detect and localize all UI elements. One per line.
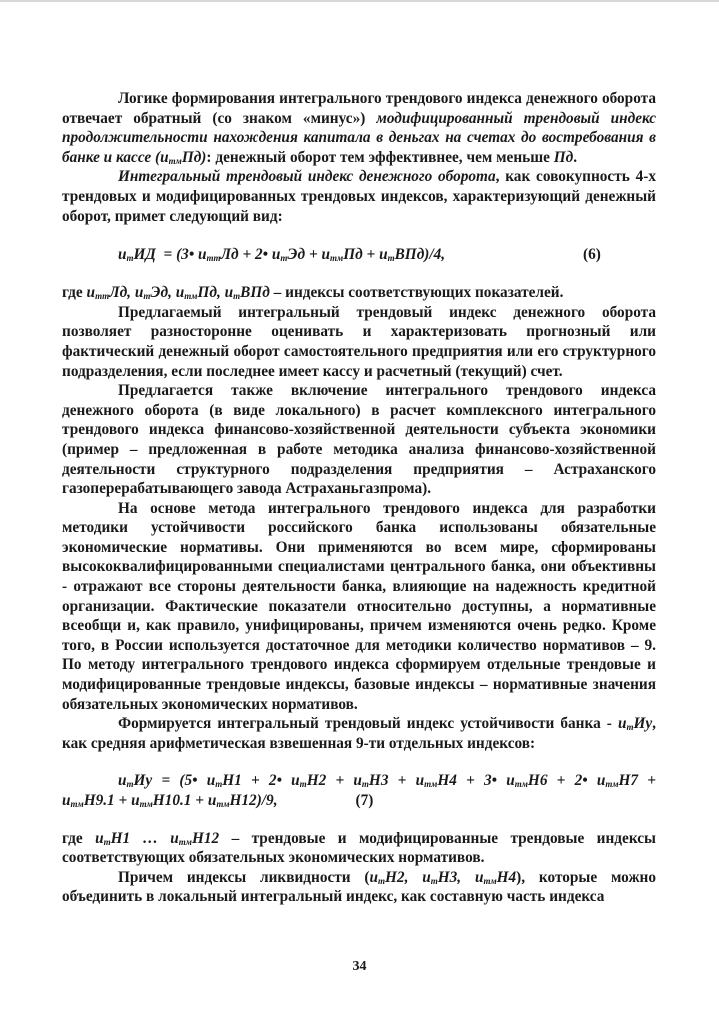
paragraph-liquidity-indices: Причем индексы ликвидности (итН2, итН3, … — [62, 868, 656, 907]
paragraph-inclusion-proposal: Предлагается также включение интегрально… — [62, 381, 656, 499]
paragraph-bank-stability-method: На основе метода интегрального трендовог… — [62, 499, 656, 715]
paragraph-formula-6-legend: где иттЛд, итЭд, итмПд, итВПд – индексы … — [62, 283, 656, 303]
equation-number-6: (6) — [583, 245, 601, 265]
page-number: 34 — [0, 959, 719, 975]
paragraph-proposed-index: Предлагаемый интегральный трендовый инде… — [62, 303, 656, 381]
paragraph-money-turnover-logic: Логике формирования интегрального трендо… — [62, 89, 656, 167]
formula-7-line-1: итИу = (5• итН1 + 2• итН2 + итН3 + итмН4… — [62, 771, 656, 791]
formula-6: итИД = (3• иттЛд + 2• итЭд + итмПд + итВ… — [62, 245, 656, 265]
paragraph-bank-stability-index: Формируется интегральный трендовый индек… — [62, 714, 656, 753]
formula-7-line-2: итмН9.1 + итмН10.1 + итмН12)/9,(7) — [62, 791, 656, 811]
equation-number-7: (7) — [356, 792, 374, 809]
formula-7: итИу = (5• итН1 + 2• итН2 + итН3 + итмН4… — [62, 771, 656, 810]
paragraph-formula-7-legend: где итН1 … итмН12 – трендовые и модифици… — [62, 829, 656, 868]
paragraph-integral-index-definition: Интегральный трендовый индекс денежного … — [62, 167, 656, 226]
page-top-border — [0, 0, 719, 2]
document-page: Логике формирования интегрального трендо… — [62, 89, 656, 907]
